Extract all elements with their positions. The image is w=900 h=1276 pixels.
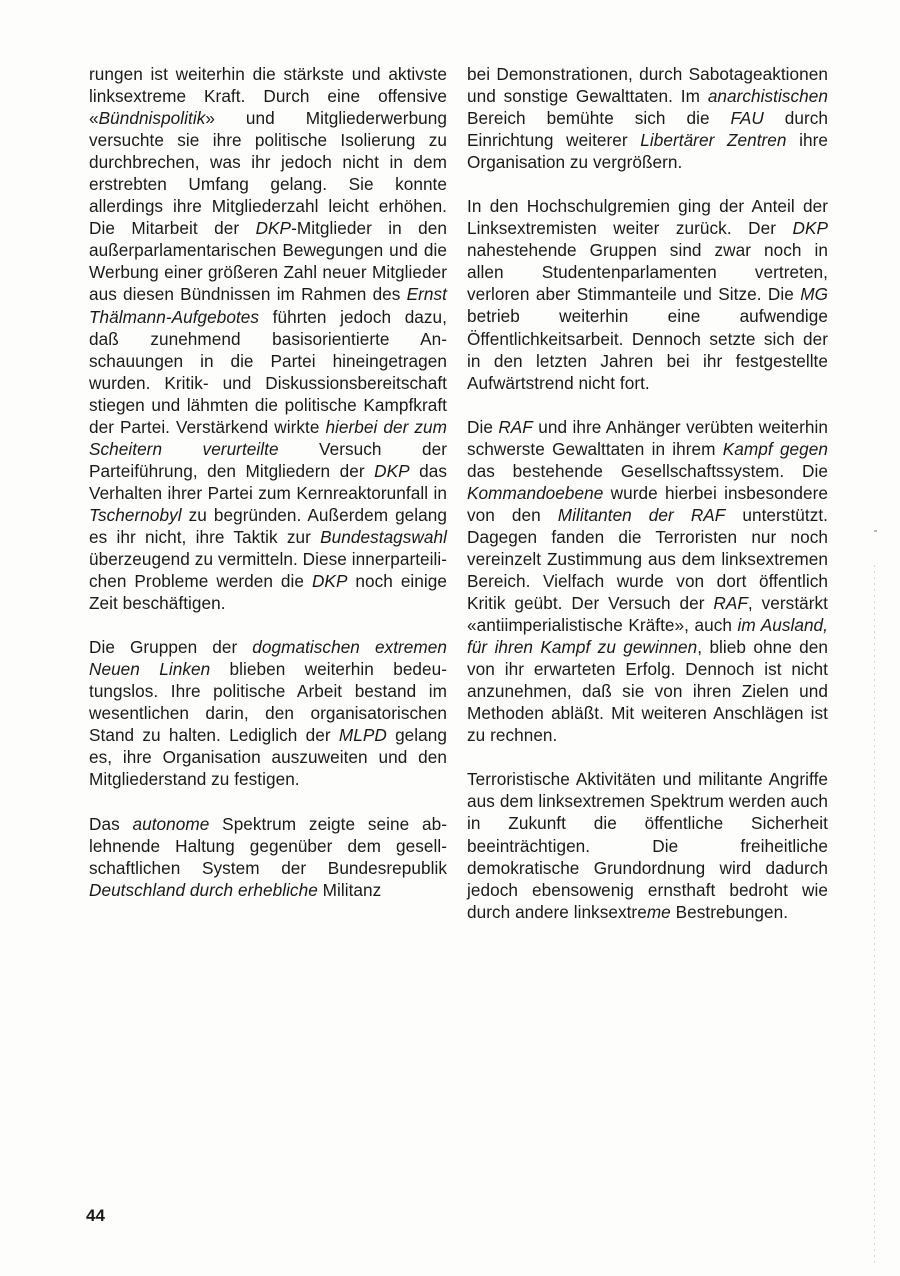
text-run: das bestehende Gesell­schaftssystem. Die <box>467 461 828 481</box>
paragraph: rungen ist weiterhin die stärkste und ak… <box>89 63 447 614</box>
paragraph: Die Gruppen der dogmatischen extremen Ne… <box>89 636 447 790</box>
italic-term: Bündnispolitik <box>99 108 206 128</box>
italic-term: DKP <box>793 218 829 238</box>
text-run: Die <box>467 417 498 437</box>
italic-term: me <box>647 902 671 922</box>
italic-term: DKP <box>374 461 410 481</box>
italic-term: Bundestagswahl <box>320 527 447 547</box>
text-run: Terroristische Aktivitäten und militante… <box>467 769 828 921</box>
scan-artifact-line <box>874 565 875 1265</box>
scan-artifact-dot <box>874 530 877 532</box>
text-run: betrieb weiterhin eine auf­wendige Öffen… <box>467 306 828 392</box>
italic-term: Kampf gegen <box>723 439 828 459</box>
paragraph: In den Hochschulgremien ging der Anteil … <box>467 195 828 393</box>
text-run: Militanz <box>318 880 382 900</box>
italic-term: Tschernobyl <box>89 505 182 525</box>
paragraph: bei Demonstrationen, durch Sabotageak­ti… <box>467 63 828 173</box>
paragraph: Die RAF und ihre Anhänger verübten wei­t… <box>467 416 828 747</box>
left-text-column: rungen ist weiterhin die stärkste und ak… <box>89 63 447 923</box>
italic-term: FAU <box>731 108 764 128</box>
text-run: Die Gruppen der <box>89 637 252 657</box>
italic-term: an­archistischen <box>708 86 828 106</box>
text-run: Das <box>89 814 133 834</box>
right-text-column: bei Demonstrationen, durch Sabotageak­ti… <box>467 63 828 945</box>
text-run: nahestehende Gruppen sind zwar noch in a… <box>467 240 828 304</box>
italic-term: MLPD <box>339 725 387 745</box>
paragraph: Terroristische Aktivitäten und militante… <box>467 768 828 922</box>
italic-term: Mili­tanten der RAF <box>558 505 726 525</box>
italic-term: Libertärer Zentren <box>640 130 786 150</box>
italic-term: autonome <box>133 814 210 834</box>
italic-term: DKP <box>312 571 348 591</box>
italic-term: DKP <box>256 218 292 238</box>
text-run: Bereich bemühte sich die <box>467 108 731 128</box>
text-run: Bestrebungen. <box>671 902 788 922</box>
page-number: 44 <box>86 1206 105 1226</box>
text-run: In den Hochschulgremien ging der Anteil … <box>467 196 828 238</box>
italic-term: Kommandoebene <box>467 483 603 503</box>
italic-term: MG <box>800 284 828 304</box>
italic-term: RAF <box>713 593 748 613</box>
paragraph: Das autonome Spektrum zeigte seine ab­le… <box>89 813 447 901</box>
italic-term: Deutschland durch erhebliche <box>89 880 318 900</box>
italic-term: RAF <box>498 417 533 437</box>
